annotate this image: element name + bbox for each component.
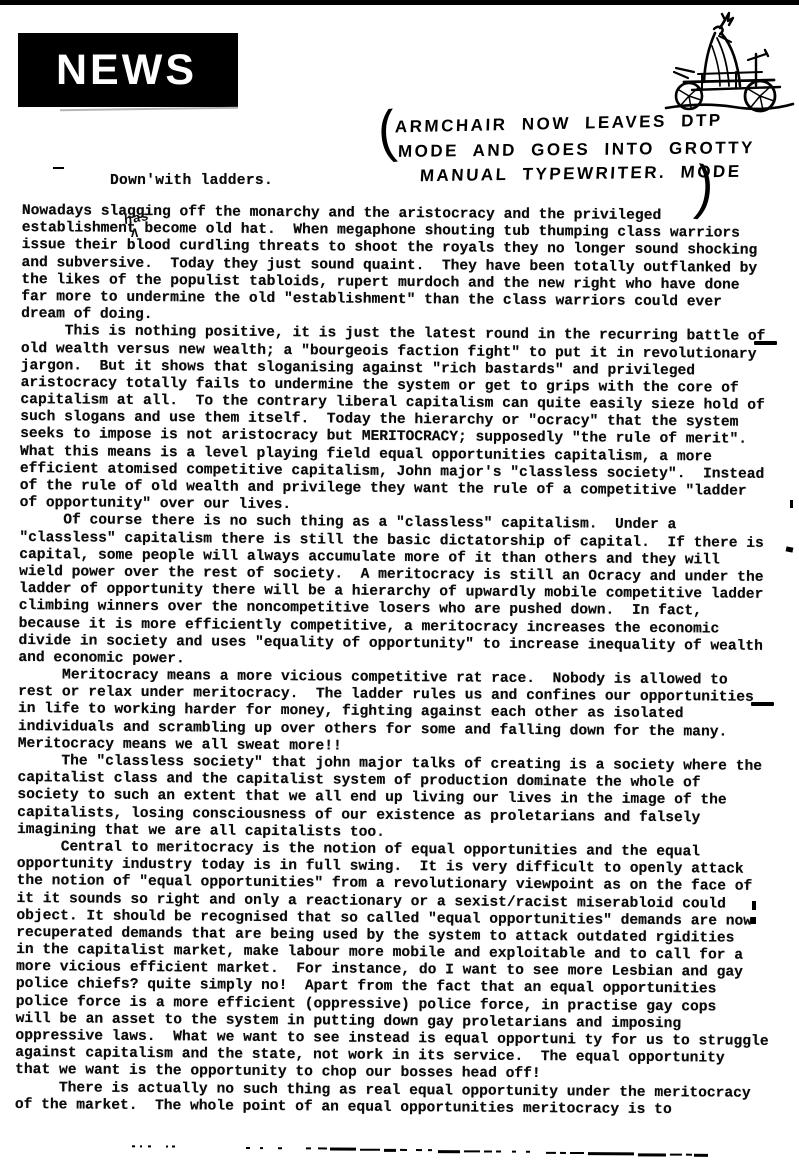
rule-segment <box>278 1147 282 1149</box>
annotation-line-1: ARMCHAIR NOW LEAVES DTP <box>395 111 723 138</box>
statue-on-cart-illustration <box>662 2 797 114</box>
rule-segment <box>670 1154 682 1156</box>
masthead-label: NEWS <box>18 49 197 92</box>
rule-segment <box>246 1147 250 1149</box>
rule-segment <box>318 1147 327 1149</box>
news-masthead: NEWS <box>18 33 238 107</box>
rule-segment <box>260 1147 263 1149</box>
rule-segment <box>172 1146 175 1148</box>
rule-segment <box>484 1150 492 1152</box>
article-title: Down'with ladders. <box>110 173 273 189</box>
zine-page: NEWS ( ARMCHAIR NOW LEAV <box>0 0 799 1161</box>
rule-segment <box>428 1149 432 1151</box>
margin-mark <box>751 702 774 706</box>
scan-smear <box>60 107 238 111</box>
rule-segment <box>438 1150 460 1153</box>
rule-segment <box>416 1149 422 1151</box>
margin-mark <box>752 901 756 910</box>
rule-segment <box>132 1145 135 1147</box>
rule-segment <box>330 1148 356 1151</box>
rule-segment <box>464 1150 480 1152</box>
margin-mark <box>53 167 64 169</box>
broken-rule <box>128 1143 694 1154</box>
rule-segment <box>512 1151 516 1153</box>
rule-segment <box>560 1152 566 1154</box>
rule-segment <box>588 1152 634 1155</box>
rule-segment <box>694 1154 708 1157</box>
rule-segment <box>526 1151 530 1153</box>
insertion-caret-icon: ʌ <box>131 223 138 241</box>
article-body: Nowadays slagging off the monarchy and t… <box>15 203 798 1120</box>
margin-mark <box>751 917 756 924</box>
rule-segment <box>306 1147 311 1149</box>
rule-segment <box>148 1145 151 1147</box>
rule-segment <box>140 1145 142 1147</box>
margin-mark <box>754 341 777 345</box>
handwritten-annotation: ( ARMCHAIR NOW LEAVES DTP MODE AND GOES … <box>378 104 798 199</box>
rule-segment <box>496 1151 501 1153</box>
rule-segment <box>384 1149 396 1152</box>
rule-segment <box>400 1149 407 1151</box>
margin-mark <box>790 500 793 508</box>
annotation-line-3: MANUAL TYPEWRITER. MODE <box>419 162 742 186</box>
rule-segment <box>166 1146 168 1148</box>
rule-segment <box>638 1153 666 1156</box>
rule-segment <box>570 1152 584 1154</box>
rule-segment <box>546 1152 556 1154</box>
rule-segment <box>360 1149 380 1151</box>
rule-segment <box>686 1154 692 1156</box>
